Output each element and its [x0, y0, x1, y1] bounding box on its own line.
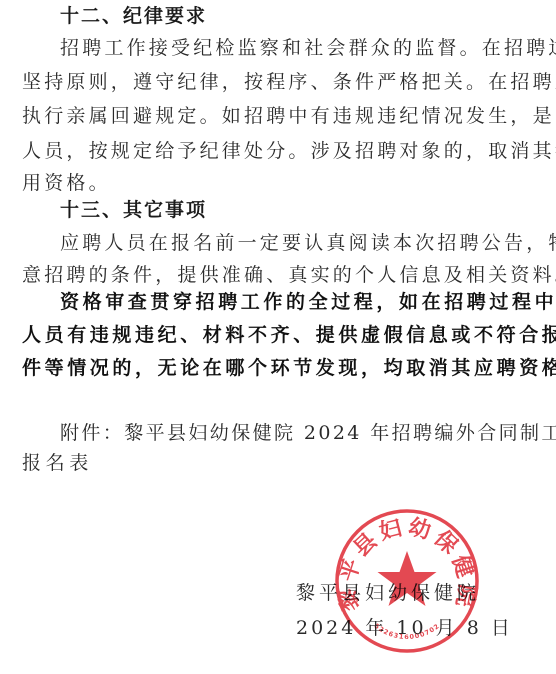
- section-12-line-3: 执行亲属回避规定。如招聘中有违规违纪情况发生，是国家工作: [22, 104, 542, 128]
- section-12-line-1: 招聘工作接受纪检监察和社会群众的监督。在招聘过程中，: [60, 36, 556, 60]
- section-13-para2-line-2: 人员有违规违纪、材料不齐、提供虚假信息或不符合报考职位条: [22, 323, 542, 347]
- official-seal: 黎平县妇幼保健院 5226316000702: [333, 507, 481, 655]
- section-13-para2-line-1: 资格审查贯穿招聘工作的全过程，如在招聘过程中发现应聘: [60, 290, 556, 314]
- section-12-line-5: 用资格。: [22, 171, 542, 195]
- attachment-line-1: 附件：黎平县妇幼保健院 2024 年招聘编外合同制工作人员: [60, 421, 556, 445]
- attachment-line-2: 报名表: [22, 451, 542, 475]
- star-icon: [378, 551, 437, 606]
- red-star-seal-icon: 黎平县妇幼保健院 5226316000702: [333, 507, 481, 655]
- section-13-para1-line-2: 意招聘的条件，提供准确、真实的个人信息及相关资料。: [22, 263, 542, 287]
- section-12-line-2: 坚持原则，遵守纪律，按程序、条件严格把关。在招聘工作中，: [22, 70, 542, 94]
- svg-text:5226316000702: 5226316000702: [373, 622, 442, 641]
- seal-serial: 5226316000702: [373, 622, 442, 641]
- section-12-line-4: 人员，按规定给予纪律处分。涉及招聘对象的，取消其考试及聘: [22, 139, 542, 163]
- section-13-para1-line-1: 应聘人员在报名前一定要认真阅读本次招聘公告，特别应注: [60, 231, 556, 255]
- section-13-para2-line-3: 件等情况的，无论在哪个环节发现，均取消其应聘资格。: [22, 356, 542, 380]
- section-12-heading: 十二、纪律要求: [60, 4, 556, 28]
- section-13-heading: 十三、其它事项: [60, 198, 556, 222]
